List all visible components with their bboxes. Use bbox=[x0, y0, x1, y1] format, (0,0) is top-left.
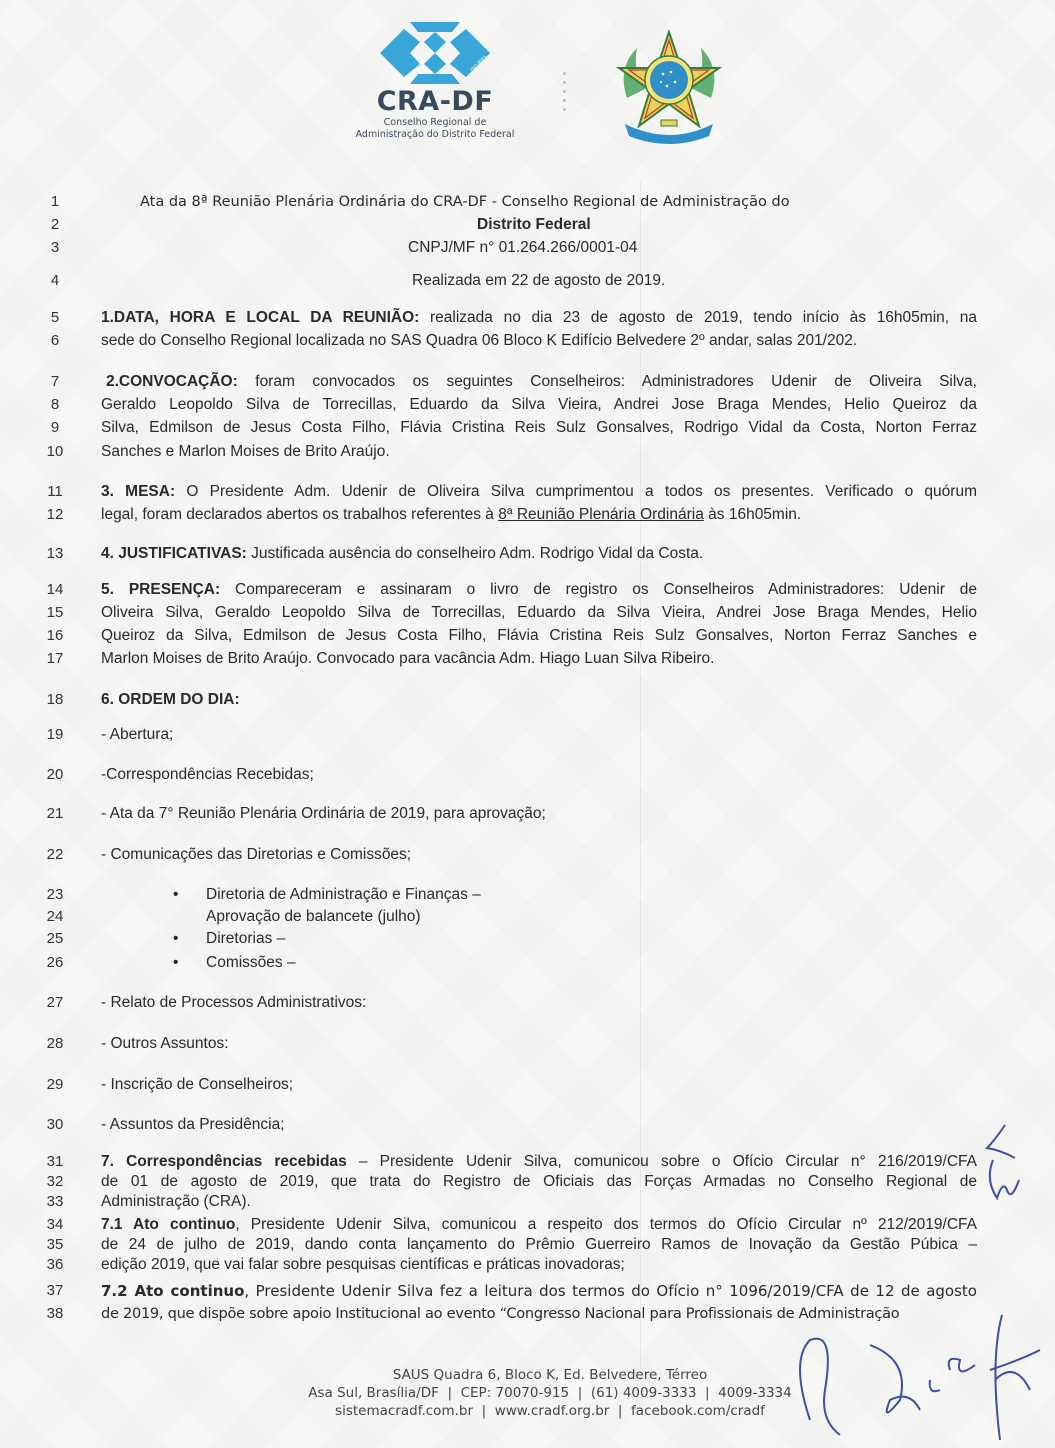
text: Geraldo Leopoldo Silva de Torrecillas, E… bbox=[101, 396, 977, 414]
org-logo-subtitle-1: Conselho Regional de bbox=[340, 117, 530, 129]
meeting-date: Realizada em 22 de agosto de 2019. bbox=[412, 272, 977, 290]
line-number: 37 bbox=[40, 1282, 70, 1300]
cra-df-logo-icon: ISO 9001 bbox=[380, 22, 490, 84]
text: às 16h05min. bbox=[704, 506, 801, 523]
line-number: 31 bbox=[40, 1153, 70, 1171]
line-number: 15 bbox=[40, 604, 70, 622]
text: O Presidente Adm. Udenir de Oliveira Sil… bbox=[175, 483, 977, 500]
line-number: 13 bbox=[40, 545, 70, 563]
divider-dots bbox=[563, 72, 567, 117]
line-number: 24 bbox=[40, 908, 70, 926]
text: Compareceram e assinaram o livro de regi… bbox=[220, 581, 977, 598]
line-number: 20 bbox=[40, 766, 70, 784]
line-number: 29 bbox=[40, 1076, 70, 1094]
bullet-icon: • bbox=[173, 886, 178, 904]
bullet-icon: • bbox=[173, 930, 178, 948]
section-2-text: 2.CONVOCAÇÃO: foram convocados os seguin… bbox=[106, 373, 977, 391]
line-number: 34 bbox=[40, 1216, 70, 1234]
line-number: 9 bbox=[40, 419, 70, 437]
title-bold-text: Distrito Federal bbox=[477, 216, 591, 233]
underlined-text: 8ª Reunião Plenária Ordinária bbox=[498, 506, 704, 523]
agenda-item: - Outros Assuntos: bbox=[101, 1035, 977, 1053]
doc-title: Ata da 8ª Reunião Plenária Ordinária do … bbox=[140, 193, 977, 211]
line-number: 16 bbox=[40, 627, 70, 645]
text: Silva, Edmilson de Jesus Costa Filho, Fl… bbox=[101, 419, 977, 437]
line-number: 21 bbox=[40, 805, 70, 823]
line-number: 1 bbox=[40, 193, 70, 211]
text: , Presidente Udenir Silva fez a leitura … bbox=[244, 1282, 977, 1300]
line-number: 36 bbox=[40, 1256, 70, 1274]
section-heading: 2.CONVOCAÇÃO: bbox=[106, 373, 238, 390]
section-heading: 7.1 Ato continuo bbox=[101, 1216, 235, 1233]
text: sede do Conselho Regional localizada no … bbox=[101, 332, 977, 350]
section-3-text: 3. MESA: O Presidente Adm. Udenir de Oli… bbox=[101, 483, 977, 501]
text: – Presidente Udenir Silva, comunicou sob… bbox=[347, 1153, 977, 1170]
agenda-subitem: Comissões – bbox=[206, 954, 296, 972]
line-number: 4 bbox=[40, 272, 70, 290]
agenda-subitem: Diretorias – bbox=[206, 930, 285, 948]
text: edição 2019, que vai falar sobre pesquis… bbox=[101, 1256, 977, 1274]
doc-title-bold: Distrito Federal bbox=[477, 216, 977, 234]
section-heading: 3. MESA: bbox=[101, 483, 175, 500]
line-number: 17 bbox=[40, 650, 70, 668]
line-number: 6 bbox=[40, 332, 70, 350]
section-7-text: 7. Correspondências recebidas – Presiden… bbox=[101, 1153, 977, 1171]
text: Sanches e Marlon Moises de Brito Araújo. bbox=[101, 443, 977, 461]
agenda-item: - Abertura; bbox=[101, 726, 977, 744]
line-number: 19 bbox=[40, 726, 70, 744]
section-5-text: 5. PRESENÇA: Compareceram e assinaram o … bbox=[101, 581, 977, 599]
agenda-item: - Ata da 7° Reunião Plenária Ordinária d… bbox=[101, 805, 977, 823]
line-number: 8 bbox=[40, 396, 70, 414]
line-number: 5 bbox=[40, 309, 70, 327]
text: Administração (CRA). bbox=[101, 1193, 977, 1211]
line-number: 32 bbox=[40, 1173, 70, 1191]
text: Queiroz da Silva, Edmilson de Jesus Cost… bbox=[101, 627, 977, 645]
section-heading: 7.2 Ato continuo bbox=[101, 1282, 244, 1300]
section-1-text: 1.DATA, HORA E LOCAL DA REUNIÃO: realiza… bbox=[101, 309, 977, 327]
cnpj: CNPJ/MF n° 01.264.266/0001-04 bbox=[408, 239, 977, 257]
line-number: 2 bbox=[40, 216, 70, 234]
section-6-heading: 6. ORDEM DO DIA: bbox=[101, 691, 977, 709]
section-heading: 7. Correspondências recebidas bbox=[101, 1153, 347, 1170]
agenda-item: - Assuntos da Presidência; bbox=[101, 1116, 977, 1134]
section-heading: 1.DATA, HORA E LOCAL DA REUNIÃO: bbox=[101, 309, 419, 326]
section-heading: 4. JUSTIFICATIVAS: bbox=[101, 545, 247, 562]
line-number: 7 bbox=[40, 373, 70, 391]
agenda-item: -Correspondências Recebidas; bbox=[101, 766, 977, 784]
line-number: 18 bbox=[40, 691, 70, 709]
line-number: 38 bbox=[40, 1305, 70, 1323]
text: foram convocados os seguintes Conselheir… bbox=[238, 373, 977, 390]
section-7-2-text: 7.2 Ato continuo, Presidente Udenir Silv… bbox=[101, 1282, 977, 1300]
handwritten-initials-icon bbox=[975, 1120, 1035, 1215]
org-logo-text: CRA-DF bbox=[340, 86, 530, 117]
line-number: 14 bbox=[40, 581, 70, 599]
text: legal, foram declarados abertos os traba… bbox=[101, 506, 498, 523]
cra-df-logo: ISO 9001 CRA-DF Conselho Regional de Adm… bbox=[340, 22, 530, 141]
agenda-item: - Comunicações das Diretorias e Comissõe… bbox=[101, 846, 977, 864]
agenda-item: - Relato de Processos Administrativos: bbox=[101, 994, 977, 1012]
line-number: 3 bbox=[40, 239, 70, 257]
line-number: 23 bbox=[40, 886, 70, 904]
line-number: 25 bbox=[40, 930, 70, 948]
text: Justificada ausência do conselheiro Adm.… bbox=[247, 545, 703, 562]
line-number: 12 bbox=[40, 506, 70, 524]
line-number: 30 bbox=[40, 1116, 70, 1134]
agenda-subitem: Diretoria de Administração e Finanças – bbox=[206, 886, 481, 904]
bullet-icon: • bbox=[173, 954, 178, 972]
line-number: 11 bbox=[40, 483, 70, 501]
text: de 24 de julho de 2019, dando conta lanç… bbox=[101, 1236, 977, 1254]
section-4-text: 4. JUSTIFICATIVAS: Justificada ausência … bbox=[101, 545, 977, 563]
line-number: 26 bbox=[40, 954, 70, 972]
line-number: 27 bbox=[40, 994, 70, 1012]
text: realizada no dia 23 de agosto de 2019, t… bbox=[419, 309, 977, 326]
signatures-icon bbox=[780, 1300, 1050, 1448]
line-number: 10 bbox=[40, 443, 70, 461]
org-logo-subtitle-2: Administração do Distrito Federal bbox=[340, 129, 530, 141]
section-heading: 6. ORDEM DO DIA: bbox=[101, 691, 240, 708]
brazil-coat-of-arms-icon bbox=[607, 28, 731, 151]
line-number: 28 bbox=[40, 1035, 70, 1053]
agenda-item: - Inscrição de Conselheiros; bbox=[101, 1076, 977, 1094]
section-heading: 5. PRESENÇA: bbox=[101, 581, 220, 598]
text: Marlon Moises de Brito Araújo. Convocado… bbox=[101, 650, 977, 668]
text: de 01 de agosto de 2019, que trata do Re… bbox=[101, 1173, 977, 1191]
text: , Presidente Udenir Silva, comunicou a r… bbox=[235, 1216, 977, 1233]
text: legal, foram declarados abertos os traba… bbox=[101, 506, 977, 524]
section-7-1-text: 7.1 Ato continuo, Presidente Udenir Silv… bbox=[101, 1216, 977, 1234]
line-number: 22 bbox=[40, 846, 70, 864]
text: Oliveira Silva, Geraldo Leopoldo Silva d… bbox=[101, 604, 977, 622]
line-number: 33 bbox=[40, 1193, 70, 1211]
line-number: 35 bbox=[40, 1236, 70, 1254]
agenda-subitem: Aprovação de balancete (julho) bbox=[206, 908, 421, 926]
